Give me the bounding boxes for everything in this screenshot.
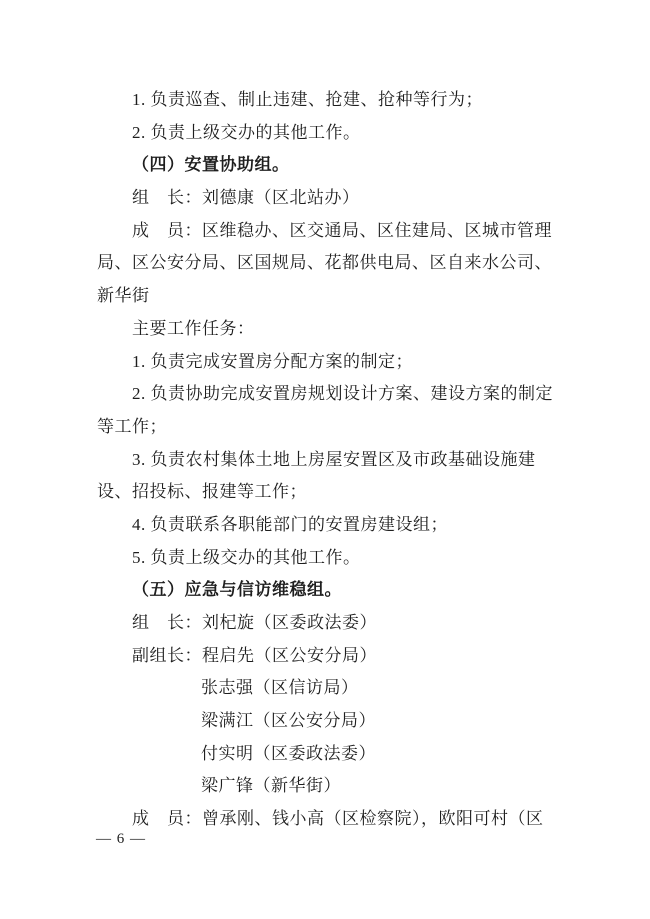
page-number: — 6 —: [96, 831, 146, 848]
text-line: 组 长：刘德康（区北站办）: [97, 182, 555, 215]
text-line: 3. 负责农村集体土地上房屋安置区及市政基础设施建: [97, 444, 555, 477]
text-line: 副组长：程启先（区公安分局）: [97, 640, 555, 673]
text-line: （五）应急与信访维稳组。: [97, 574, 555, 607]
text-line: 组 长：刘杞旋（区委政法委）: [97, 607, 555, 640]
text-line: 2. 负责协助完成安置房规划设计方案、建设方案的制定: [97, 378, 555, 411]
text-line: 局、区公安分局、区国规局、花都供电局、区自来水公司、: [97, 247, 555, 280]
document-lines: 1. 负责巡查、制止违建、抢建、抢种等行为；2. 负责上级交办的其他工作。（四）…: [0, 84, 650, 836]
text-line: 1. 负责巡查、制止违建、抢建、抢种等行为；: [97, 84, 555, 117]
text-line: 成 员：曾承刚、钱小高（区检察院），欧阳可村（区: [97, 803, 555, 836]
text-line: 设、招投标、报建等工作；: [97, 476, 555, 509]
text-line: 5. 负责上级交办的其他工作。: [97, 542, 555, 575]
document-page: 1. 负责巡查、制止违建、抢建、抢种等行为；2. 负责上级交办的其他工作。（四）…: [0, 0, 650, 919]
text-line: 付实明（区委政法委）: [97, 738, 555, 771]
text-line: 张志强（区信访局）: [97, 672, 555, 705]
text-line: 4. 负责联系各职能部门的安置房建设组；: [97, 509, 555, 542]
text-line: 1. 负责完成安置房分配方案的制定；: [97, 346, 555, 379]
text-line: 等工作；: [97, 411, 555, 444]
text-line: 成 员：区维稳办、区交通局、区住建局、区城市管理: [97, 215, 555, 248]
text-line: 新华街: [97, 280, 555, 313]
text-line: 主要工作任务：: [97, 313, 555, 346]
text-line: （四）安置协助组。: [97, 149, 555, 182]
text-line: 梁广锋（新华街）: [97, 770, 555, 803]
text-line: 2. 负责上级交办的其他工作。: [97, 117, 555, 150]
text-line: 梁满江（区公安分局）: [97, 705, 555, 738]
